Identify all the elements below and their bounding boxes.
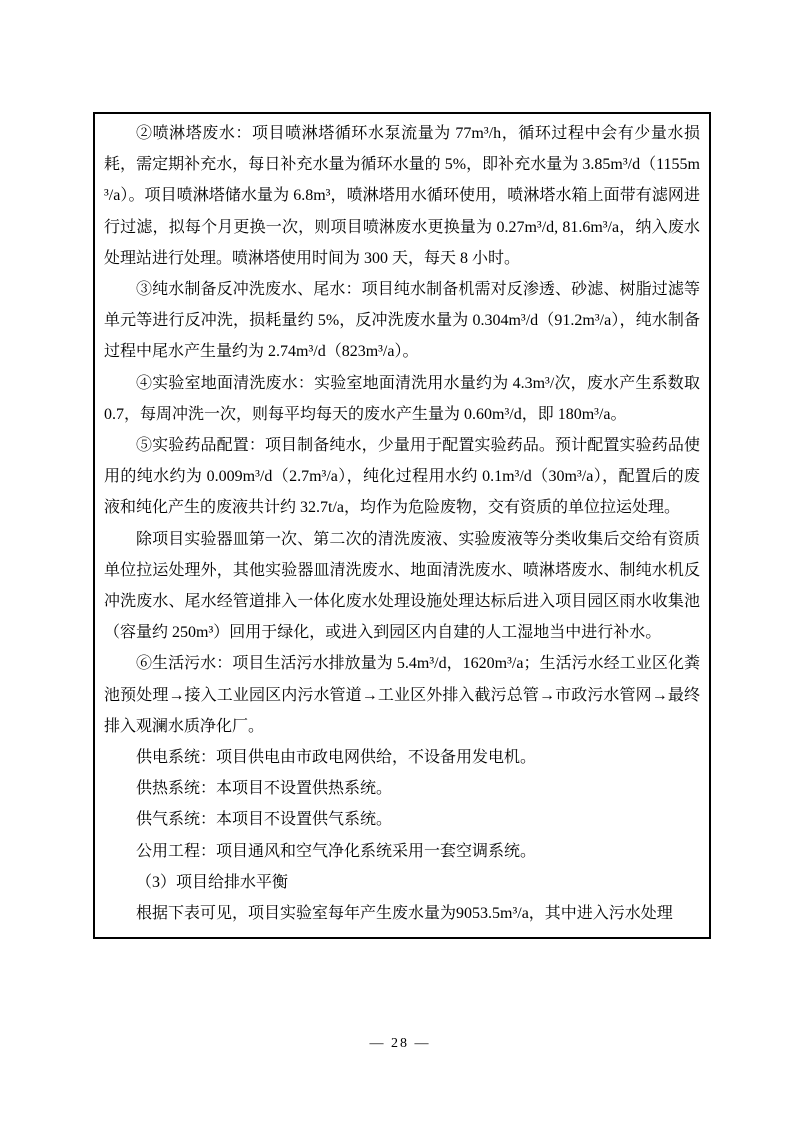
page-number: — 28 — [370,1036,431,1051]
paragraph: 供热系统：本项目不设置供热系统。 [104,773,700,804]
document-body: ②喷淋塔废水：项目喷淋塔循环水泵流量为 77m³/h，循环过程中会有少量水损耗，… [104,118,700,929]
paragraph: ③纯水制备反冲洗废水、尾水：项目纯水制备机需对反渗透、砂滤、树脂过滤等单元等进行… [104,274,700,368]
paragraph: ④实验室地面清洗废水：实验室地面清洗用水量约为 4.3m³/次，废水产生系数取 … [104,368,700,430]
paragraph: （3）项目给排水平衡 [104,867,700,898]
paragraph: ⑥生活污水：项目生活污水排放量为 5.4m³/d，1620m³/a；生活污水经工… [104,648,700,742]
paragraph: 根据下表可见，项目实验室每年产生废水量为9053.5m³/a，其中进入污水处理 [104,898,700,929]
paragraph: 供电系统：项目供电由市政电网供给，不设备用发电机。 [104,742,700,773]
paragraph: 公用工程：项目通风和空气净化系统采用一套空调系统。 [104,836,700,867]
paragraph: 除项目实验器皿第一次、第二次的清洗废液、实验废液等分类收集后交给有资质单位拉运处… [104,524,700,649]
paragraph: 供气系统：本项目不设置供气系统。 [104,804,700,835]
paragraph: ②喷淋塔废水：项目喷淋塔循环水泵流量为 77m³/h，循环过程中会有少量水损耗，… [104,118,700,274]
page-footer: — 28 — [0,1036,800,1052]
text-block-border: ②喷淋塔废水：项目喷淋塔循环水泵流量为 77m³/h，循环过程中会有少量水损耗，… [93,112,711,939]
paragraph: ⑤实验药品配置：项目制备纯水，少量用于配置实验药品。预计配置实验药品使用的纯水约… [104,430,700,524]
